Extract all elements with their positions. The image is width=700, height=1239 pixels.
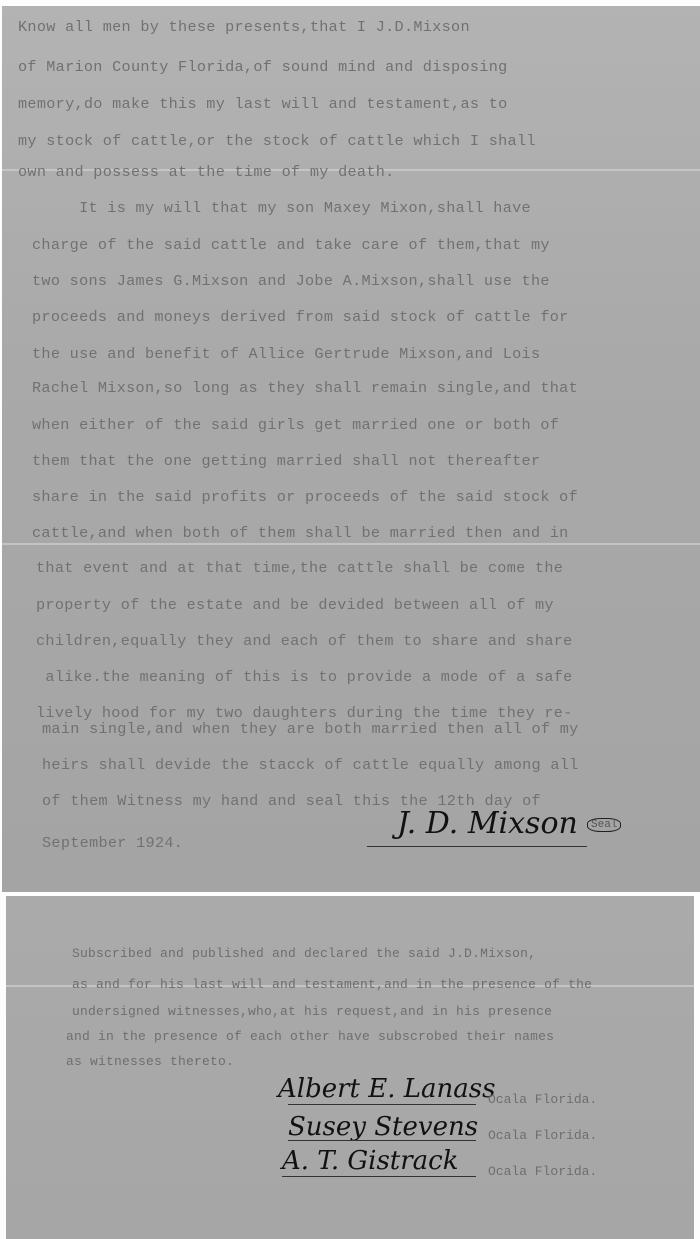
witness-signature: A. T. Gistrack xyxy=(282,1146,458,1176)
text-line: Subscribed and published and declared th… xyxy=(72,946,536,961)
text-line: my stock of cattle,or the stock of cattl… xyxy=(18,132,536,150)
text-line: own and possess at the time of my death. xyxy=(18,163,395,181)
text-line: that event and at that time,the cattle s… xyxy=(36,559,563,577)
text-line: Rachel Mixson,so long as they shall rema… xyxy=(32,379,578,397)
witness-signature: Susey Stevens xyxy=(288,1112,478,1142)
text-line: and in the presence of each other have s… xyxy=(66,1029,554,1044)
signature-line xyxy=(288,1140,476,1141)
text-line: heirs shall devide the stacck of cattle … xyxy=(42,756,579,774)
signature-line xyxy=(288,1104,476,1105)
witness-location: Ocala Florida. xyxy=(488,1164,597,1179)
paper-fold xyxy=(2,543,700,545)
text-line: alike.the meaning of this is to provide … xyxy=(36,668,573,686)
text-line: the use and benefit of Allice Gertrude M… xyxy=(32,345,540,363)
witness-location: Ocala Florida. xyxy=(488,1092,597,1107)
text-line: them that the one getting married shall … xyxy=(32,452,540,470)
seal-mark: Seal xyxy=(587,818,621,832)
text-line: share in the said profits or proceeds of… xyxy=(32,488,578,506)
text-line: memory,do make this my last will and tes… xyxy=(18,95,508,113)
text-line: children,equally they and each of them t… xyxy=(36,632,573,650)
text-line: undersigned witnesses,who,at his request… xyxy=(72,1004,552,1019)
witness-location: Ocala Florida. xyxy=(488,1128,597,1143)
text-line: It is my will that my son Maxey Mixon,sh… xyxy=(32,199,531,217)
signature-line xyxy=(367,846,587,847)
text-line: proceeds and moneys derived from said st… xyxy=(32,308,569,326)
text-line: when either of the said girls get marrie… xyxy=(32,416,559,434)
text-line: main single,and when they are both marri… xyxy=(42,720,579,738)
text-line: Know all men by these presents,that I J.… xyxy=(18,18,470,36)
testator-signature: J. D. Mixson xyxy=(397,806,578,841)
text-line: of Marion County Florida,of sound mind a… xyxy=(18,58,508,76)
text-line: property of the estate and be devided be… xyxy=(36,596,554,614)
text-line: two sons James G.Mixson and Jobe A.Mixso… xyxy=(32,272,550,290)
text-line: as and for his last will and testament,a… xyxy=(72,977,592,992)
signature-line xyxy=(282,1176,476,1177)
text-line: cattle,and when both of them shall be ma… xyxy=(32,524,569,542)
text-line: as witnesses thereto. xyxy=(66,1054,234,1069)
text-line: charge of the said cattle and take care … xyxy=(32,236,550,254)
text-line: September 1924. xyxy=(42,834,183,852)
will-page-1: Know all men by these presents,that I J.… xyxy=(2,6,700,892)
will-page-2: Subscribed and published and declared th… xyxy=(6,896,694,1239)
witness-signature: Albert E. Lanass xyxy=(278,1074,495,1104)
